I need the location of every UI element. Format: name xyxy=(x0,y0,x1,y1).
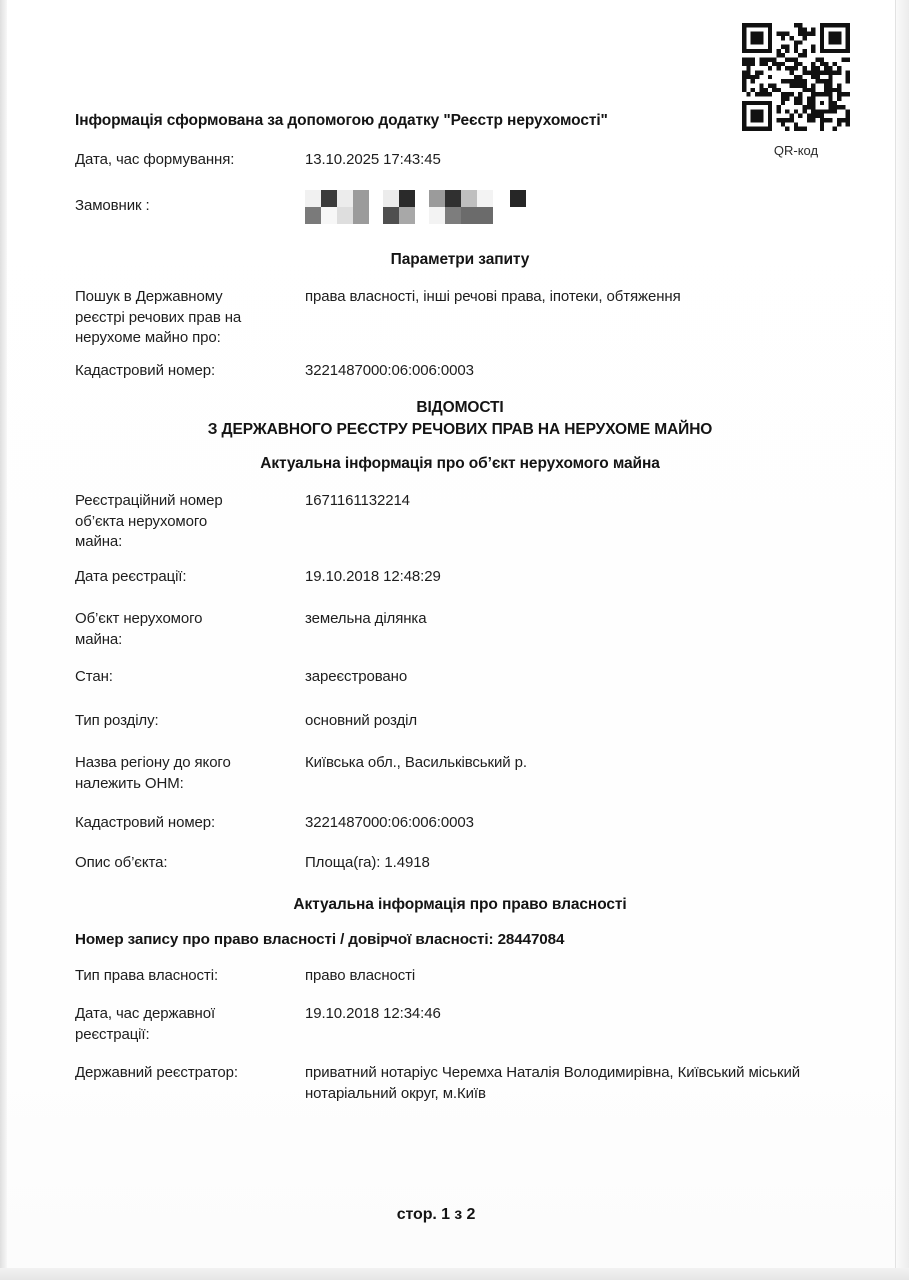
state-value: зареєстровано xyxy=(305,667,850,688)
search-value: права власності, інші речові права, іпот… xyxy=(305,287,850,308)
generated-label: Дата, час формування: xyxy=(75,150,247,171)
cadastral-request-label: Кадастровий номер: xyxy=(75,361,247,382)
search-label: Пошук в Державному реєстрі речових прав … xyxy=(75,287,247,349)
document-page: QR-код Інформація сформована за допомого… xyxy=(0,0,909,1280)
ownership-type-value: право власності xyxy=(305,966,850,987)
generated-value: 13.10.2025 17:43:45 xyxy=(305,150,850,171)
object-type-value: земельна ділянка xyxy=(305,609,850,630)
region-label: Назва регіону до якого належить ОНМ: xyxy=(75,753,247,794)
region-value: Київська обл., Васильківський р. xyxy=(305,753,850,774)
document-title: Інформація сформована за допомогою додат… xyxy=(75,112,775,130)
cadastral-request-value: 3221487000:06:006:0003 xyxy=(305,361,850,382)
description-label: Опис об’єкта: xyxy=(75,853,247,874)
description-value: Площа(га): 1.4918 xyxy=(305,853,850,874)
cadastral-object-value: 3221487000:06:006:0003 xyxy=(305,813,850,834)
registry-heading-line1: ВІДОМОСТІ xyxy=(75,397,845,418)
cadastral-object-label: Кадастровий номер: xyxy=(75,813,247,834)
reg-number-label: Реєстраційний номер об’єкта нерухомого м… xyxy=(75,491,247,553)
customer-label: Замовник : xyxy=(75,196,247,217)
qr-code-block: QR-код xyxy=(742,23,850,158)
object-type-label: Об’єкт нерухомого майна: xyxy=(75,609,247,650)
reg-date-value: 19.10.2018 12:48:29 xyxy=(305,567,850,588)
photo-edge-bottom xyxy=(0,1268,909,1280)
reg-number-value: 1671161132214 xyxy=(305,491,850,512)
section-heading-request-params: Параметри запиту xyxy=(75,249,845,270)
state-label: Стан: xyxy=(75,667,247,688)
photo-edge-right xyxy=(895,0,909,1280)
ownership-type-label: Тип права власності: xyxy=(75,966,247,987)
registrar-label: Державний реєстратор: xyxy=(75,1063,247,1084)
section-type-label: Тип розділу: xyxy=(75,711,247,732)
ownership-heading: Актуальна інформація про право власності xyxy=(75,894,845,915)
reg-date-label: Дата реєстрації: xyxy=(75,567,247,588)
registrar-value: приватний нотаріус Черемха Наталія Волод… xyxy=(305,1063,850,1104)
object-info-heading: Актуальна інформація про об’єкт нерухомо… xyxy=(75,453,845,474)
customer-row: Замовник : xyxy=(75,196,845,236)
ownership-date-value: 19.10.2018 12:34:46 xyxy=(305,1004,850,1025)
registry-heading-line2: З ДЕРЖАВНОГО РЕЄСТРУ РЕЧОВИХ ПРАВ НА НЕР… xyxy=(75,419,845,440)
ownership-date-label: Дата, час державної реєстрації: xyxy=(75,1004,247,1045)
photo-edge-left xyxy=(0,0,7,1280)
ownership-record-line: Номер запису про право власності / довір… xyxy=(75,931,845,948)
page-number: стор. 1 з 2 xyxy=(0,1206,872,1224)
section-type-value: основний розділ xyxy=(305,711,850,732)
